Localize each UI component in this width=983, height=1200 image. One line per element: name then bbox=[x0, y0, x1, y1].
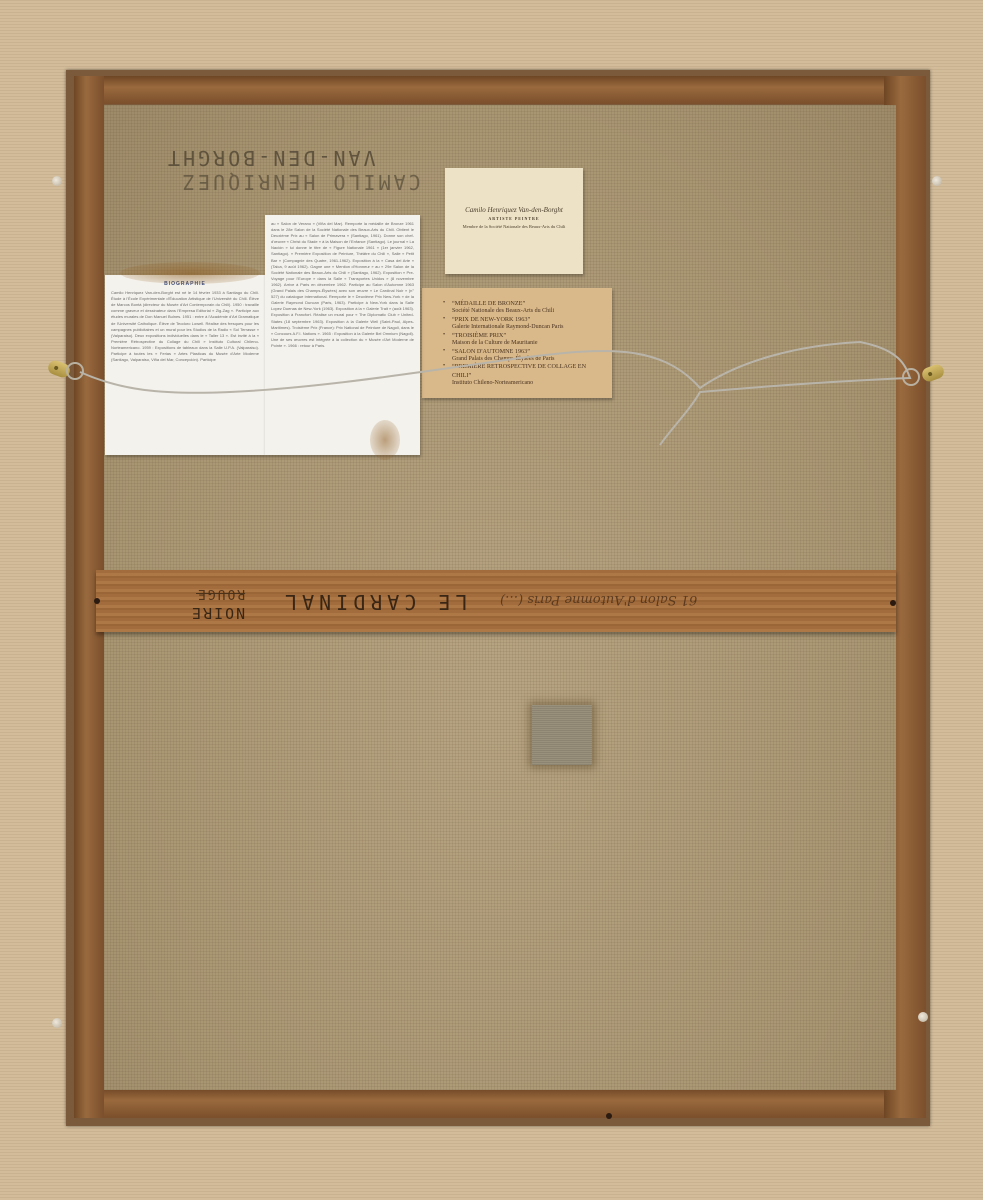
hanging-wire bbox=[0, 0, 983, 1200]
